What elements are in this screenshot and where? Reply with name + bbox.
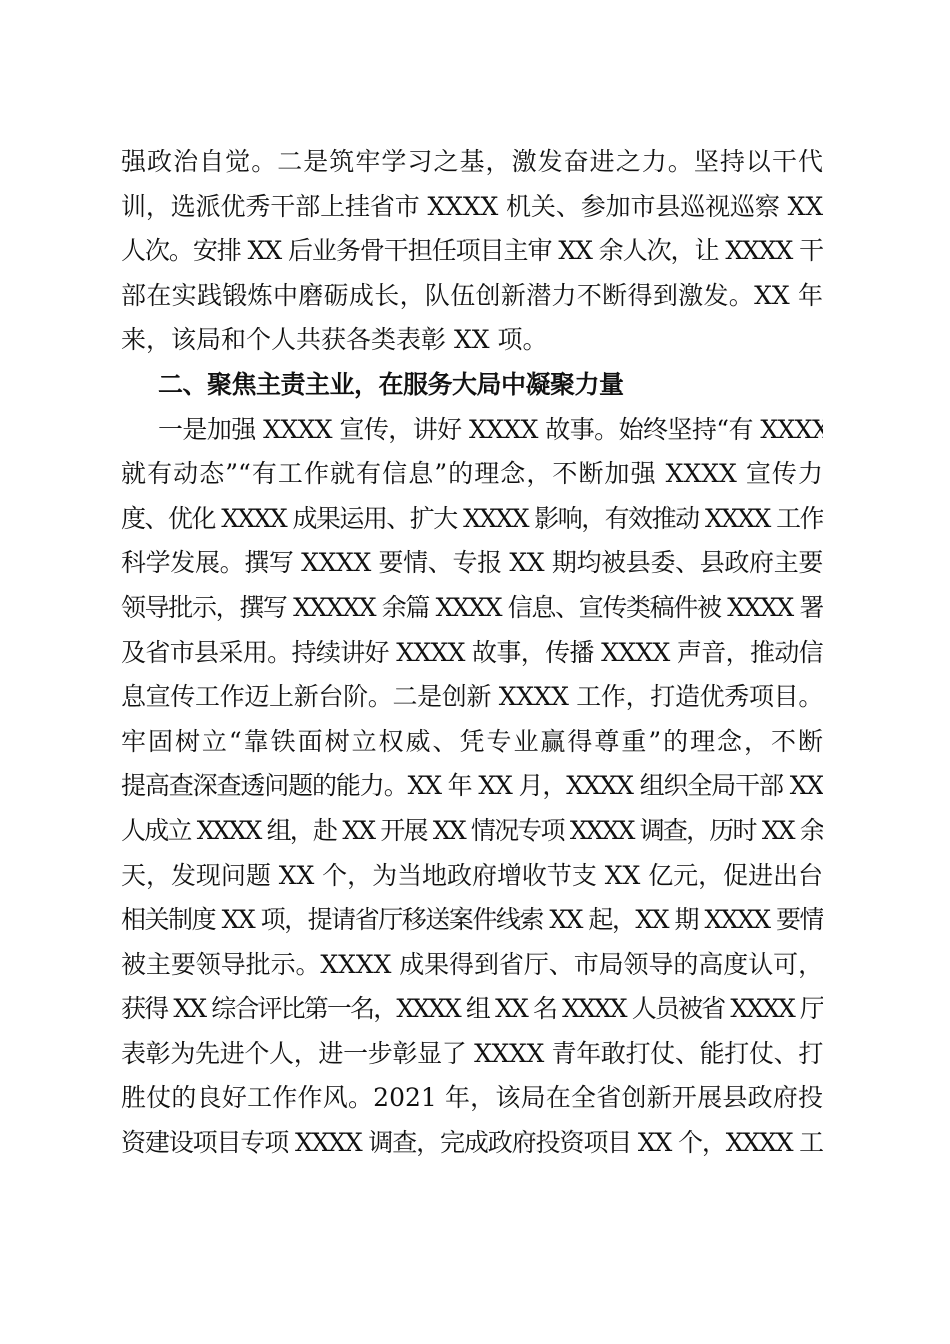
text-line-first: 一是加强 XXXX 宣传，讲好 XXXX 故事。始终坚持“有 XXXX: [121, 408, 823, 453]
text-line: 被主要领导批示。XXXX 成果得到省厅、市局领导的高度认可，: [121, 943, 823, 988]
section-heading: 二、聚焦主责主业，在服务大局中凝聚力量: [121, 363, 823, 408]
text-line: 相关制度 XX 项，提请省厅移送案件线索 XX 起，XX 期 XXXX 要情: [121, 898, 823, 943]
paragraph-2: 一是加强 XXXX 宣传，讲好 XXXX 故事。始终坚持“有 XXXX 就有动态…: [121, 408, 823, 1166]
text-line: 及省市县采用。持续讲好 XXXX 故事，传播 XXXX 声音，推动信: [121, 631, 823, 676]
document-page: 强政治自觉。二是筑牢学习之基，激发奋进之力。坚持以干代 训，选派优秀干部上挂省市…: [121, 140, 823, 1166]
text-segment: 始终坚持“有 XXXX: [619, 415, 823, 444]
text-line: 部在实践锻炼中磨砺成长，队伍创新潜力不断得到激发。XX 年: [121, 274, 823, 319]
text-line: 息宣传工作迈上新台阶。二是创新 XXXX 工作，打造优秀项目。: [121, 675, 823, 720]
text-line: 牢固树立“靠铁面树立权威、凭专业赢得尊重”的理念，不断: [121, 720, 823, 765]
text-line: 天，发现问题 XX 个，为当地政府增收节支 XX 亿元，促进出台: [121, 854, 823, 899]
text-line: 提高查深查透问题的能力。XX 年 XX 月，XXXX 组织全局干部 XX: [121, 764, 823, 809]
text-line: 人成立 XXXX 组，赴 XX 开展 XX 情况专项 XXXX 调查，历时 XX…: [121, 809, 823, 854]
text-line: 来，该局和个人共获各类表彰 XX 项。: [121, 318, 823, 363]
text-line: 人次。安排 XX 后业务骨干担任项目主审 XX 余人次，让 XXXX 干: [121, 229, 823, 274]
text-line: 表彰为先进个人，进一步彰显了 XXXX 青年敢打仗、能打仗、打: [121, 1032, 823, 1077]
text-line: 度、优化 XXXX 成果运用、扩大 XXXX 影响，有效推动 XXXX 工作: [121, 497, 823, 542]
text-line: 获得 XX 综合评比第一名，XXXX 组 XX 名 XXXX 人员被省 XXXX…: [121, 987, 823, 1032]
text-line: 胜仗的良好工作作风。2021 年，该局在全省创新开展县政府投: [121, 1076, 823, 1121]
text-line: 领导批示，撰写 XXXXX 余篇 XXXX 信息、宣传类稿件被 XXXX 署: [121, 586, 823, 631]
paragraph-1: 强政治自觉。二是筑牢学习之基，激发奋进之力。坚持以干代 训，选派优秀干部上挂省市…: [121, 140, 823, 363]
text-line: 科学发展。撰写 XXXX 要情、专报 XX 期均被县委、县政府主要: [121, 541, 823, 586]
text-line: 就有动态”“有工作就有信息”的理念，不断加强 XXXX 宣传力: [121, 452, 823, 497]
text-line: 训，选派优秀干部上挂省市 XXXX 机关、参加市县巡视巡察 XX: [121, 185, 823, 230]
paragraph-lead: 一是加强 XXXX 宣传，讲好 XXXX 故事。: [158, 415, 619, 444]
text-line: 资建设项目专项 XXXX 调查，完成政府投资项目 XX 个，XXXX 工: [121, 1121, 823, 1166]
text-line: 强政治自觉。二是筑牢学习之基，激发奋进之力。坚持以干代: [121, 140, 823, 185]
